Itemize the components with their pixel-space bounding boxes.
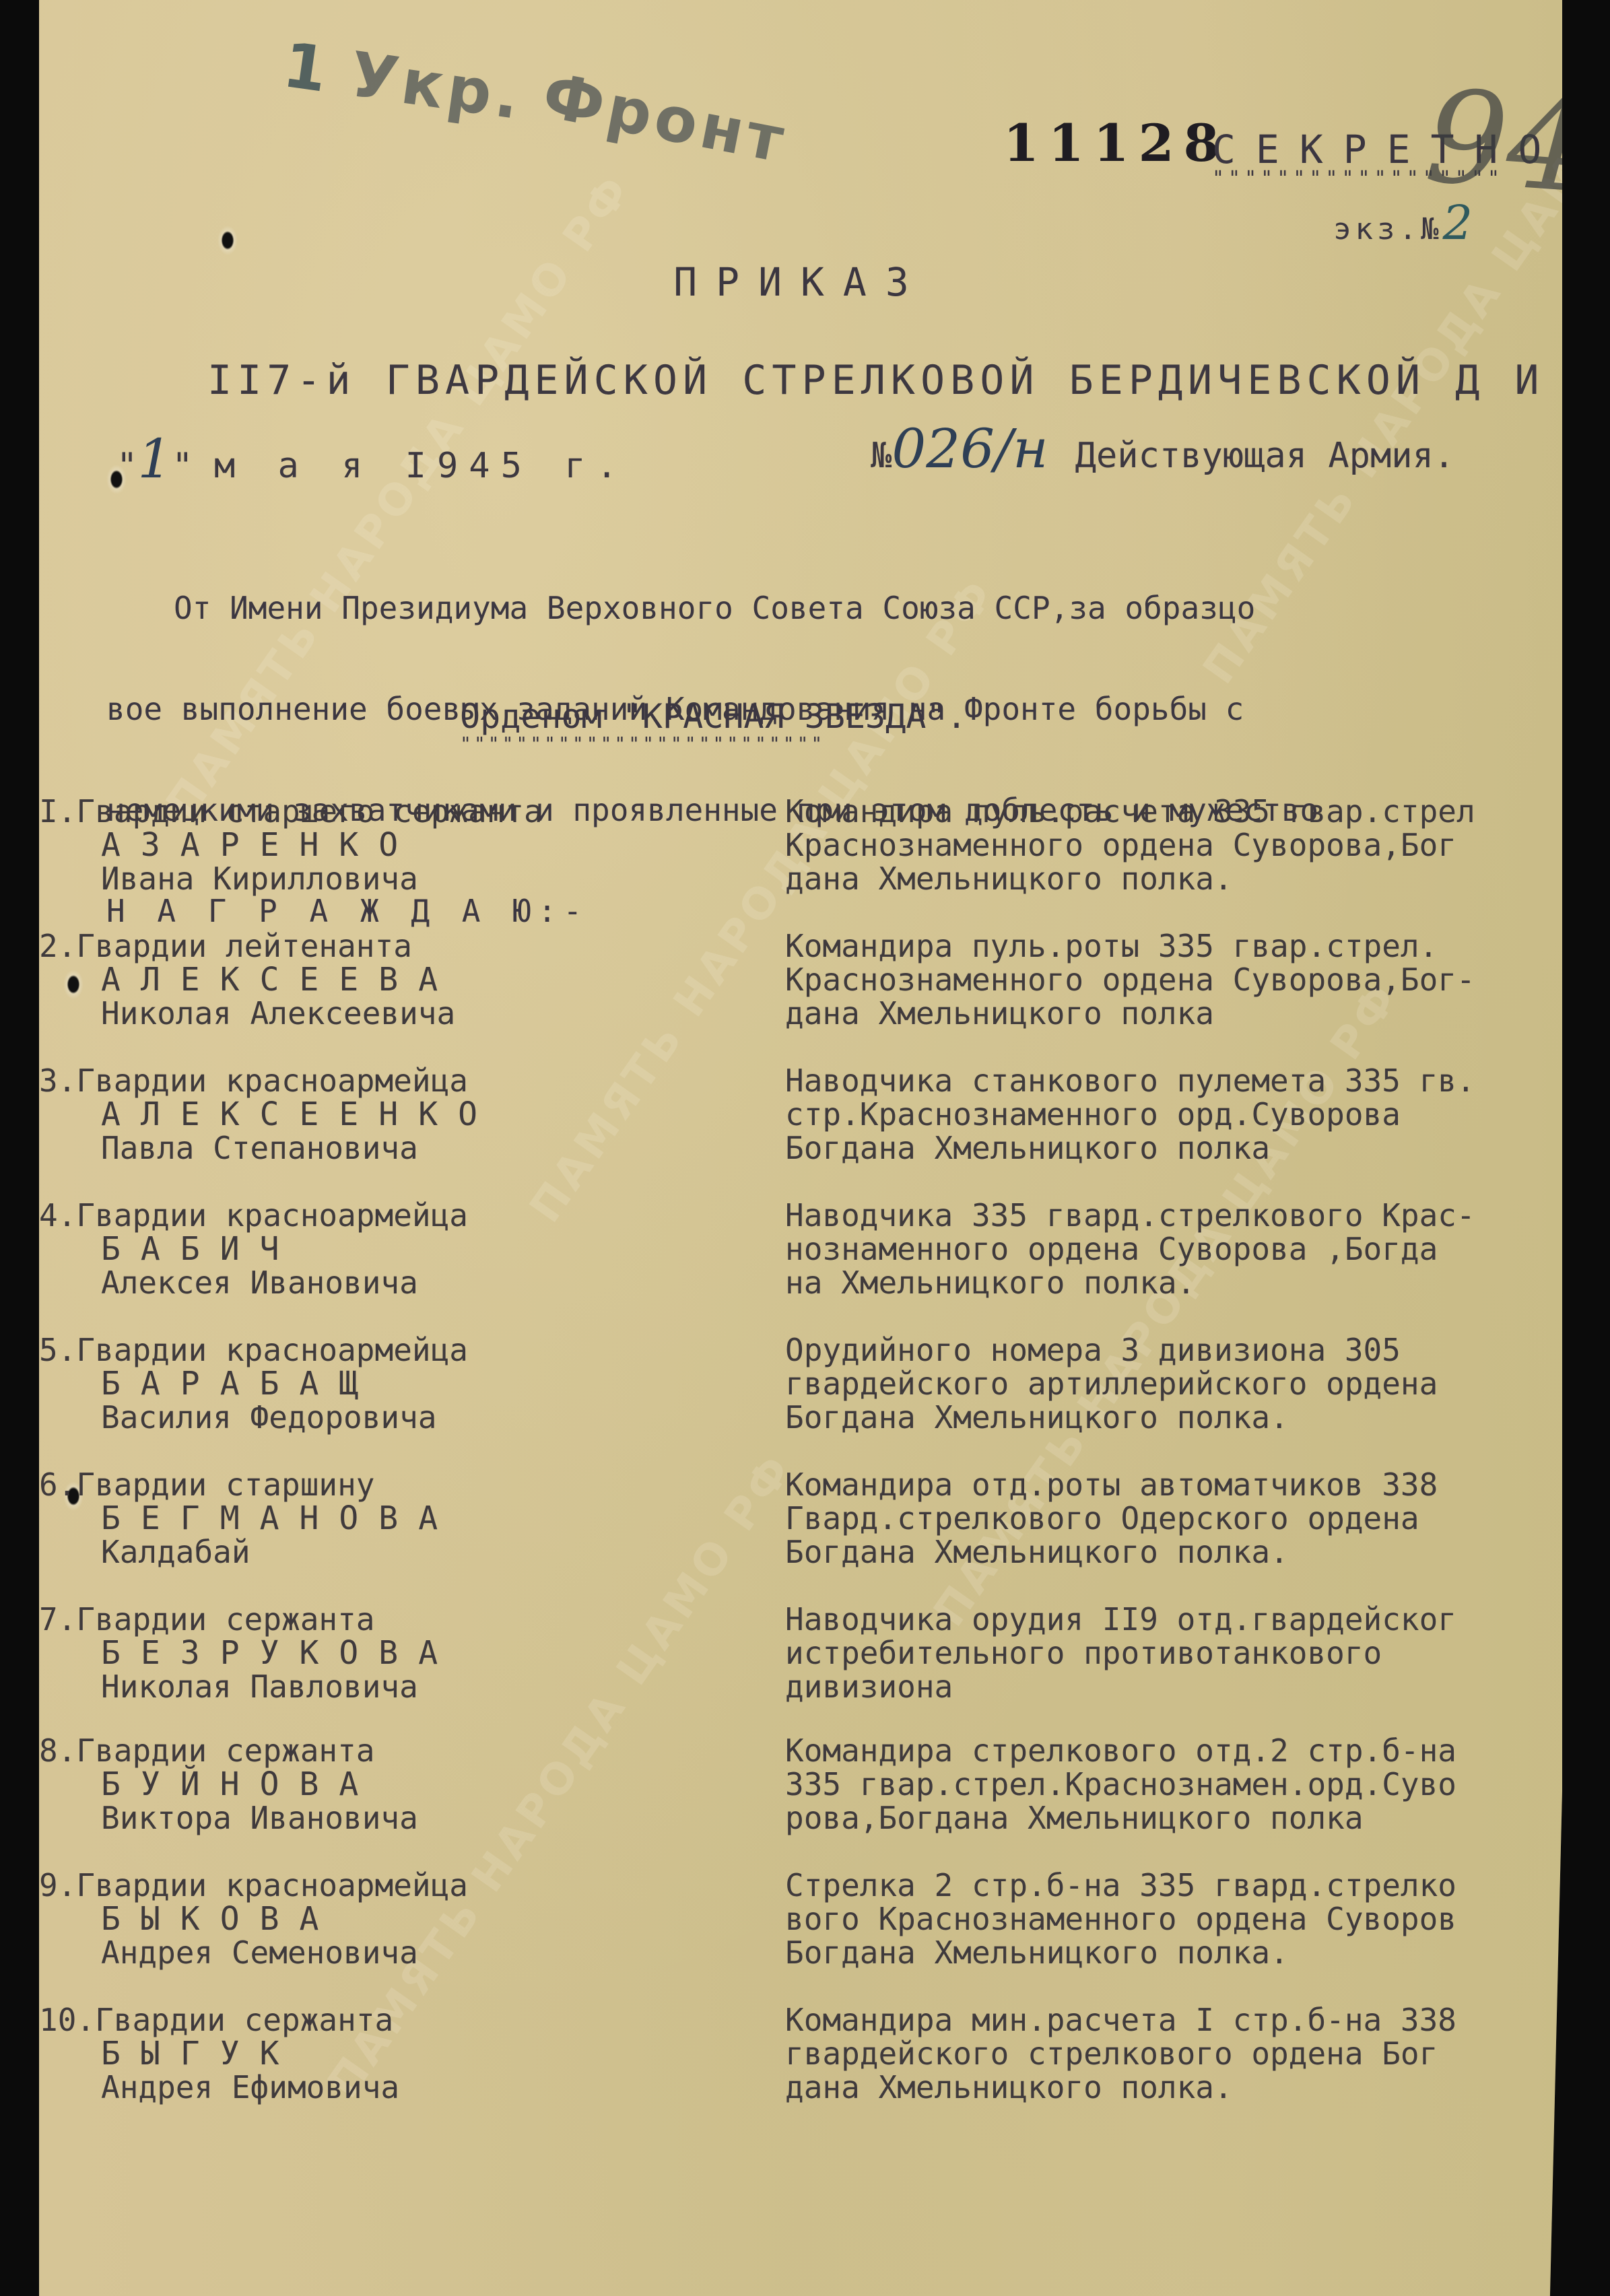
registration-number: 11128 — [1003, 113, 1228, 173]
recipient-position: Наводчика орудия II9 отд.гвардейског ист… — [785, 1602, 1553, 1703]
recipient-given-name: Павла Степановича — [39, 1131, 766, 1165]
recipient-rank: 6.Гвардии старшину — [39, 1468, 766, 1501]
recipient-surname: БУЙНОВА — [39, 1767, 766, 1801]
recipient-rank: 5.Гвардии красноармейца — [39, 1333, 766, 1367]
recipient-position: Наводчика 335 гвард.стрелкового Крас- но… — [785, 1198, 1553, 1299]
recipient-identity: 3.Гвардии красноармейца АЛЕКСЕЕНКО Павла… — [39, 1064, 766, 1165]
recipient-position: Командира пуль.роты 335 гвар.стрел. Крас… — [785, 929, 1553, 1030]
recipient-given-name: Василия Федоровича — [39, 1400, 766, 1434]
date-month-year: м а я I945 г. — [214, 446, 628, 486]
recipient-number: 3. — [39, 1062, 76, 1099]
recipient-identity: 6.Гвардии старшину БЕГМАНОВА Калдабай — [39, 1468, 766, 1569]
recipient-number: I. — [39, 793, 76, 830]
recipient-number: 5. — [39, 1332, 76, 1368]
recipient-entry: 8.Гвардии сержанта БУЙНОВА Виктора Ивано… — [39, 1734, 1562, 1862]
recipient-rank: 3.Гвардии красноармейца — [39, 1064, 766, 1098]
recipient-identity: 2.Гвардии лейтенанта АЛЕКСЕЕВА Николая А… — [39, 929, 766, 1030]
recipient-number: 7. — [39, 1601, 76, 1637]
recipient-rank: 9.Гвардии красноармейца — [39, 1868, 766, 1902]
stamp-front-number: 1 — [279, 29, 335, 107]
recipient-position: Командира мин.расчета I стр.б-на 338 гва… — [785, 2003, 1553, 2104]
recipient-identity: 5.Гвардии красноармейца БАРАБАЩ Василия … — [39, 1333, 766, 1434]
recipient-position: Командира отд.роты автоматчиков 338 Гвар… — [785, 1468, 1553, 1569]
punch-hole — [217, 226, 238, 255]
recipient-identity: 4.Гвардии красноармейца БАБИЧ Алексея Ив… — [39, 1198, 766, 1299]
recipient-position: Наводчика станкового пулемета 335 гв. ст… — [785, 1064, 1553, 1165]
recipient-given-name: Алексея Ивановича — [39, 1266, 766, 1299]
recipient-identity: 10.Гвардии сержанта БЫГУК Андрея Ефимови… — [39, 2003, 766, 2104]
recipient-entry: 5.Гвардии красноармейца БАРАБАЩ Василия … — [39, 1333, 1562, 1461]
recipient-entry: 9.Гвардии красноармейца БЫКОВА Андрея Се… — [39, 1868, 1562, 1996]
recipient-entry: 7.Гвардии сержанта БЕЗРУКОВА Николая Пав… — [39, 1602, 1562, 1730]
front-stamp: 1Укр.Фронт — [279, 29, 793, 171]
recipient-number: 10. — [39, 2002, 95, 2038]
recipient-entry: 3.Гвардии красноармейца АЛЕКСЕЕНКО Павла… — [39, 1064, 1562, 1192]
recipient-entry: 10.Гвардии сержанта БЫГУК Андрея Ефимови… — [39, 2003, 1562, 2131]
recipient-surname: АЛЕКСЕЕВА — [39, 963, 766, 997]
award-heading: Орденом "КРАСНАЯ ЗВЕЗДА". — [460, 697, 967, 736]
recipient-given-name: Калдабай — [39, 1535, 766, 1569]
recipient-identity: I.Гвардии старшего сержанта АЗАРЕНКО Ива… — [39, 795, 766, 896]
recipient-given-name: Андрея Семеновича — [39, 1936, 766, 1969]
recipient-surname: АЗАРЕНКО — [39, 828, 766, 862]
division-name: II7-й ГВАРДЕЙСКОЙ СТРЕЛКОВОЙ БЕРДИЧЕВСКО… — [207, 357, 1610, 404]
recipient-entry: 6.Гвардии старшину БЕГМАНОВА Калдабай Ко… — [39, 1468, 1562, 1596]
preamble: От Имени Президиума Верховного Совета Со… — [174, 524, 1610, 995]
document-title: ПРИКАЗ — [39, 259, 1562, 305]
recipient-identity: 7.Гвардии сержанта БЕЗРУКОВА Николая Пав… — [39, 1602, 766, 1703]
award-heading-underline: """""""""""""""""""""""""" — [460, 733, 825, 755]
order-number-handwritten: 026/н — [892, 417, 1048, 480]
recipient-given-name: Николая Алексеевича — [39, 997, 766, 1030]
recipient-identity: 8.Гвардии сержанта БУЙНОВА Виктора Ивано… — [39, 1734, 766, 1835]
recipient-rank: 2.Гвардии лейтенанта — [39, 929, 766, 963]
recipient-given-name: Андрея Ефимовича — [39, 2070, 766, 2104]
scanner-border-right — [1562, 0, 1610, 2296]
recipient-number: 6. — [39, 1466, 76, 1503]
recipient-position: Орудийного номера 3 дивизиона 305 гварде… — [785, 1333, 1553, 1434]
recipient-surname: БАБИЧ — [39, 1232, 766, 1266]
recipient-entry: I.Гвардии старшего сержанта АЗАРЕНКО Ива… — [39, 795, 1562, 922]
order-number: №026/нДействующая Армия. — [871, 417, 1454, 480]
recipient-position: Командира стрелкового отд.2 стр.б-на 335… — [785, 1734, 1553, 1835]
recipient-rank: 7.Гвардии сержанта — [39, 1602, 766, 1636]
recipient-given-name: Николая Павловича — [39, 1670, 766, 1703]
copy-label: экз.№ — [1333, 212, 1442, 246]
recipient-given-name: Виктора Ивановича — [39, 1801, 766, 1835]
recipient-surname: БЫГУК — [39, 2037, 766, 2070]
recipient-entry: 2.Гвардии лейтенанта АЛЕКСЕЕВА Николая А… — [39, 929, 1562, 1057]
recipient-rank: 8.Гвардии сержанта — [39, 1734, 766, 1767]
recipient-surname: АЛЕКСЕЕНКО — [39, 1098, 766, 1131]
recipient-number: 4. — [39, 1197, 76, 1234]
recipient-entry: 4.Гвардии красноармейца БАБИЧ Алексея Ив… — [39, 1198, 1562, 1326]
order-date: "1" м а я I945 г. — [116, 428, 628, 490]
recipient-position: Стрелка 2 стр.б-на 335 гвард.стрелко вог… — [785, 1868, 1553, 1969]
recipient-number: 2. — [39, 928, 76, 964]
date-day-handwritten: 1 — [137, 428, 172, 490]
recipient-rank: 4.Гвардии красноармейца — [39, 1198, 766, 1232]
recipient-given-name: Ивана Кирилловича — [39, 862, 766, 896]
recipient-number: 9. — [39, 1867, 76, 1903]
document-page: ПАМЯТЬ НАРОДА ЦАМО РФ ПАМЯТЬ НАРОДА ЦАМО… — [39, 0, 1562, 2296]
order-location: Действующая Армия. — [1075, 436, 1455, 476]
recipient-surname: БАРАБАЩ — [39, 1367, 766, 1400]
recipient-rank: 10.Гвардии сержанта — [39, 2003, 766, 2037]
recipient-surname: БЕГМАНОВА — [39, 1501, 766, 1535]
date-quote-close: " — [172, 446, 193, 486]
order-number-prefix: № — [871, 436, 892, 476]
preamble-line: От Имени Президиума Верховного Совета Со… — [174, 591, 1610, 625]
stamp-front-word: Фронт — [537, 59, 793, 177]
stamp-front-ukr: Укр. — [345, 38, 528, 134]
date-quote-open: " — [116, 446, 137, 486]
recipient-position: Командира пуль.расчета 335 гвар.стрел Кр… — [785, 795, 1553, 896]
recipient-rank: I.Гвардии старшего сержанта — [39, 795, 766, 828]
recipient-surname: БЫКОВА — [39, 1902, 766, 1936]
recipient-number: 8. — [39, 1732, 76, 1769]
recipient-surname: БЕЗРУКОВА — [39, 1636, 766, 1670]
recipient-identity: 9.Гвардии красноармейца БЫКОВА Андрея Се… — [39, 1868, 766, 1969]
